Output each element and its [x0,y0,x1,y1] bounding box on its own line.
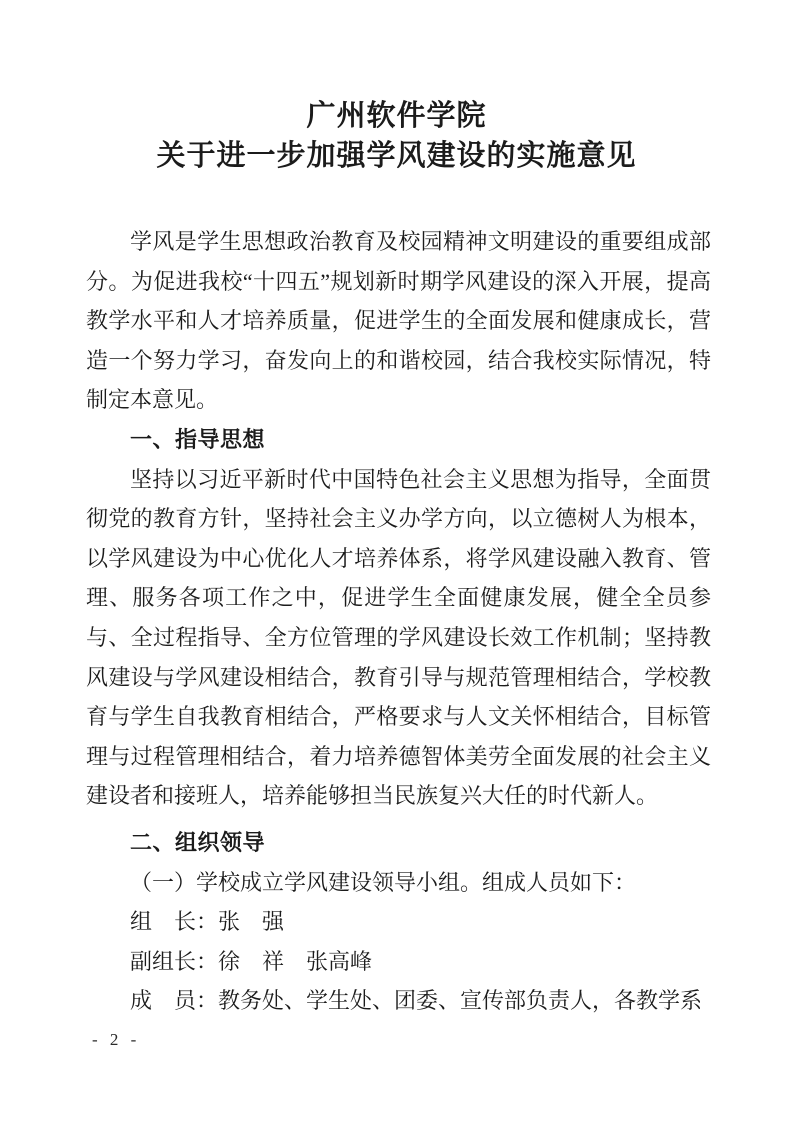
intro-paragraph: 学风是学生思想政治教育及校园精神文明建设的重要组成部分。为促进我校“十四五”规划… [86,222,711,420]
section-heading-organization-leadership: 二、组织领导 [86,823,711,863]
section-heading-guiding-ideology: 一、指导思想 [86,420,711,460]
roster-group-leader-line: 组 长：张 强 [86,902,711,942]
title-org-name: 广州软件学院 [0,96,793,136]
roster-members-line: 成 员：教务处、学生处、团委、宣传部负责人，各教学系 [86,981,711,1021]
document-body: 学风是学生思想政治教育及校园精神文明建设的重要组成部分。为促进我校“十四五”规划… [86,222,711,1021]
leading-group-intro-line: （一）学校成立学风建设领导小组。组成人员如下： [86,863,711,903]
page-number: - 2 - [92,1030,140,1050]
document-title: 广州软件学院 关于进一步加强学风建设的实施意见 [0,96,793,176]
title-subject-line: 关于进一步加强学风建设的实施意见 [0,136,793,176]
roster-deputy-leader-line: 副组长：徐 祥 张高峰 [86,942,711,982]
guiding-ideology-paragraph: 坚持以习近平新时代中国特色社会主义思想为指导，全面贯彻党的教育方针，坚持社会主义… [86,460,711,816]
document-page: 广州软件学院 关于进一步加强学风建设的实施意见 学风是学生思想政治教育及校园精神… [0,0,793,1122]
